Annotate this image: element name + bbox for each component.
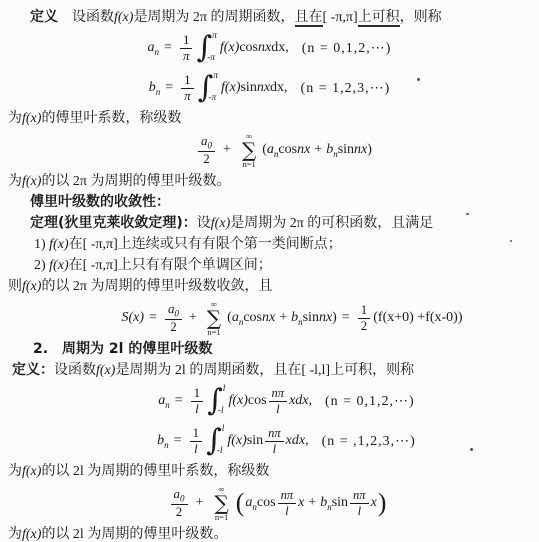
fraction-numerator: a0 [171,487,188,505]
var-subscript: 0 [180,493,185,503]
sum-lower-limit: n=1 [215,513,228,522]
sum-lower-limit: n=1 [207,328,220,337]
fraction-denominator: π [180,49,193,64]
integral-upper-limit: l [223,385,226,395]
section-number: 2. [33,341,48,357]
equals-sign: = [165,80,173,96]
function-fx: f(x) [49,237,68,252]
trig-operator: sin [332,495,348,511]
trig-operator: sin [247,433,263,449]
fraction-npi-over-l: nπl [278,488,297,518]
fraction-one-over-l: 1l [191,386,204,417]
paragraph-convergence-heading: 傅里叶级数的收敛性： [8,192,531,213]
fraction-denominator: l [282,504,291,518]
integral-limits: l-l [219,423,225,460]
integrand-function: f(x) [227,433,246,449]
paragraph-definition-2l: 定义：设函数f(x)是周期为 2l 的周期函数，且在[ -l,l]上可积，则称 [8,360,531,381]
var-subscript: 0 [208,140,213,150]
trig-operator: cos [239,40,258,56]
coefficient-variable: bn [149,80,161,97]
argument-differential: xdx, [286,433,309,449]
summation: ∞∑n=1 [207,300,221,336]
fraction-denominator: l [270,442,279,456]
text-run: 设函数 [58,10,114,25]
scan-speck [510,240,512,242]
close-paren: ) [367,142,372,158]
text-run: 的以 2π 为周期的傅里叶级数收敛，且 [41,279,272,294]
sigma-icon: ∑ [242,141,256,160]
text-run: 是周期为 2l 的周期函数，且在[ -l,l]上可积，则称 [115,363,414,378]
fraction-denominator: l [355,504,364,518]
plus-sign: + [314,142,322,158]
text-run: 的以 2l 为周期的傅里叶级数。 [41,527,227,542]
trig-operator: cos [248,393,267,409]
integral-limits: π-π [209,30,217,67]
fraction-numerator: nπ [350,488,369,503]
fraction-npi-over-l: nπl [265,426,284,456]
convergence-heading: 傅里叶级数的收敛性： [30,194,170,210]
coefficient-variable: bn [157,433,169,450]
text-run: 设函数 [54,363,96,378]
function-fx: f(x) [22,464,41,479]
text-run: 的以 2l 为周期的傅里叶系数，称级数 [41,464,269,479]
fraction-npi-over-l: nπl [350,488,369,518]
differential: dx, [271,40,289,56]
scanned-document-page: 定义 设函数f(x)是周期为 2π 的周期函数，且在[ -π,π]上可积，则称 … [0,0,539,542]
fraction-denominator: l [192,402,202,417]
function-fx: f(x) [49,258,68,273]
text-run: ，则称 [400,10,442,25]
fraction-numerator: 1 [358,303,371,319]
item-number: 2) [34,258,49,273]
scan-speck [470,448,473,451]
fraction-numerator: 1 [181,73,194,89]
paragraph-fourier-series-2l: 为f(x)的以 2l 为周期的傅里叶级数。 [8,524,531,542]
plus-sign: + [189,310,197,326]
term-an: an [245,495,257,512]
equals-sign: = [174,433,182,449]
fraction-npi-over-l: nπl [269,386,288,416]
index-condition: (n = 0,1,2,⋯) [302,40,392,57]
equals-sign: = [175,393,183,409]
integral-upper-limit: π [212,32,217,42]
index-condition: (n = ,1,2,3,⋯) [322,433,416,450]
integral-upper-limit: l [222,425,225,435]
formula-an-coefficient-2pi: an = 1π ∫π-π f(x) cos nx dx, (n = 0,1,2,… [8,28,531,68]
integral: ∫l-l [206,423,224,460]
item-number: 1) [34,237,49,252]
sigma-icon: ∑ [214,494,228,513]
big-open-paren: ( [236,490,245,516]
sum-function-sx: S(x) [122,310,145,326]
sum-lower-limit: n=1 [242,160,255,169]
paragraph-fourier-series-2pi: 为f(x)的以 2π 为周期的傅里叶级数。 [8,171,531,192]
paragraph-fourier-coefficients-2l: 为f(x)的以 2l 为周期的傅里叶系数，称级数 [8,461,531,482]
scan-speck [417,78,420,81]
formula-fourier-series-2l: a02 + ∞∑n=1 ( an cos nπl x + bn sin nπl … [8,482,531,524]
underlined-text: 且在 [295,10,323,27]
formula-bn-coefficient-2l: bn = 1l ∫l-l f(x) sin nπl xdx, (n = ,1,2… [8,421,531,461]
coefficient-variable: an [148,40,160,57]
fraction-denominator: π [181,89,194,104]
coefficient-variable: an [158,393,170,410]
fraction-a0-over-2: a02 [165,302,182,335]
var-subscript: n [165,399,170,409]
index-condition: (n = 1,2,3,⋯) [301,80,391,97]
summation: ∞∑n=1 [214,485,228,521]
trig-operator: cos [257,495,276,511]
term-an: an [267,142,279,159]
fraction-numerator: a0 [165,302,182,320]
fraction-numerator: a0 [198,134,215,152]
plus-sign: + [196,495,204,511]
text-run: 在[ -π,π]上连续或只有有限个第一类间断点； [69,237,342,252]
var-base: a [232,310,239,325]
text-run: 设 [197,216,211,231]
fraction-denominator: 2 [173,505,186,520]
integral: ∫π-π [196,30,216,67]
fraction-denominator: 2 [167,320,180,335]
fraction-denominator: l [191,442,201,457]
integrand-function: f(x) [228,393,247,409]
differential: dx, [270,80,288,96]
trig-operator: sin [303,310,319,326]
fraction-numerator: nπ [278,488,297,503]
paragraph-fourier-coefficients: 为f(x)的傅里叶系数，称级数 [8,108,531,129]
text-run: 则 [8,279,22,294]
paragraph-then-converges: 则f(x)的以 2π 为周期的傅里叶级数收敛，且 [8,276,531,297]
fraction-one-over-pi: 1π [180,33,193,64]
variable-x: x [371,495,377,511]
paragraph-dirichlet-theorem: 定理(狄里克莱收敛定理)：设f(x)是周期为 2π 的可积函数，且满足 [8,213,531,234]
text-run: 为 [8,464,22,479]
integral-upper-limit: π [213,72,218,82]
function-fx: f(x) [22,279,41,294]
fraction-denominator: 2 [200,152,213,167]
argument-differential: xdx, [289,393,312,409]
fraction-numerator: nπ [269,386,288,401]
trig-argument: nx [297,142,310,158]
function-fx: f(x) [96,363,115,378]
equals-sign: = [164,40,172,56]
variable-x: x [298,495,304,511]
var-base: a [148,40,155,55]
trig-argument: nx [319,310,332,326]
plus-sign: + [279,310,287,326]
trig-operator: cos [278,142,297,158]
integral: ∫l-l [207,383,225,420]
formula-sum-function: S(x) = a02 + ∞∑n=1 ( an cos nx + bn sin … [8,297,531,339]
fraction-numerator: 1 [190,426,203,442]
text-run: 的傅里叶系数，称级数 [41,111,181,126]
index-condition: (n = 0,1,2,⋯) [325,393,415,410]
fraction-denominator: l [273,402,282,416]
plus-sign: + [308,495,316,511]
integral-limits: π-π [210,70,218,107]
fraction-a0-over-2: a02 [171,487,188,520]
fraction-numerator: 1 [191,386,204,402]
integral-lower-limit: -π [208,94,218,104]
formula-bn-coefficient-2pi: bn = 1π ∫π-π f(x) sin nx dx, (n = 1,2,3,… [8,68,531,108]
summation: ∞∑n=1 [242,132,256,168]
fraction-a0-over-2: a02 [198,134,215,167]
definition-label: 定义 [30,9,58,25]
text-run: 的以 2π 为周期的傅里叶级数。 [41,174,230,189]
integral-lower-limit: -l [217,447,225,457]
function-fx: f(x) [22,111,41,126]
text-run: 为 [8,527,22,542]
function-fx: f(x) [114,10,133,25]
fraction-numerator: nπ [265,426,284,441]
integrand-function: f(x) [220,40,239,56]
text-run: 是周期为 2π 的周期函数， [133,10,294,25]
trig-operator: cos [243,310,262,326]
var-subscript: n [155,46,160,56]
function-fx: f(x) [22,174,41,189]
scan-speck [466,213,469,215]
term-bn: bn [326,142,338,159]
var-base: a [267,142,274,157]
sigma-icon: ∑ [207,309,221,328]
trig-operator: sin [338,142,354,158]
text-run: 是周期为 2π 的可积函数，且满足 [230,216,433,231]
paragraph-condition-2: 2) f(x)在[ -π,π]上只有有限个单调区间； [8,255,531,276]
text-run: 在[ -π,π]上只有有限个单调区间； [69,258,272,273]
integral-lower-limit: -l [218,407,226,417]
trig-operator: sin [240,80,256,96]
definition-label: 定义： [12,362,54,378]
trig-argument: nx [258,40,271,56]
fraction-one-over-pi: 1π [181,73,194,104]
limit-average-expression: (f(x+0) +f(x-0)) [373,310,462,326]
term-an: an [232,310,244,327]
formula-fourier-series-2pi: a02 + ∞∑n=1 ( an cos nx + bn sin nx ) [8,129,531,171]
interval-text: [ -π,π] [323,10,358,25]
fraction-one-half: 12 [358,303,371,334]
term-bn: bn [320,495,332,512]
underlined-text: 上可积 [358,10,400,27]
fraction-numerator: 1 [180,33,193,49]
fraction-one-over-l: 1l [190,426,203,457]
term-bn: bn [291,310,303,327]
section-title: 周期为 2l 的傅里叶级数 [48,341,212,357]
paragraph-section-2-heading: 2. 周期为 2l 的傅里叶级数 [8,339,531,360]
paragraph-condition-1: 1) f(x)在[ -π,π]上连续或只有有限个第一类间断点； [8,234,531,255]
trig-argument: nx [262,310,275,326]
text-run: 为 [8,111,22,126]
big-close-paren: ) [378,490,387,516]
function-fx: f(x) [211,216,230,231]
var-subscript: 0 [174,308,179,318]
integrand-function: f(x) [221,80,240,96]
function-fx: f(x) [22,527,41,542]
plus-sign: + [223,142,231,158]
integral: ∫π-π [198,70,218,107]
equals-sign: = [342,310,350,326]
text-run: 为 [8,174,22,189]
trig-argument: nx [354,142,367,158]
trig-argument: nx [257,80,270,96]
formula-an-coefficient-2l: an = 1l ∫l-l f(x) cos nπl xdx, (n = 0,1,… [8,381,531,421]
var-subscript: n [156,86,161,96]
var-base: b [149,80,156,95]
close-paren: ) [332,310,337,326]
integral-limits: l-l [220,383,226,420]
var-subscript: n [164,439,169,449]
fraction-denominator: 2 [358,319,371,334]
equals-sign: = [149,310,157,326]
paragraph-definition-2pi: 定义 设函数f(x)是周期为 2π 的周期函数，且在[ -π,π]上可积，则称 [8,7,531,28]
integral-lower-limit: -π [207,54,217,64]
theorem-label: 定理(狄里克莱收敛定理)： [30,215,197,231]
